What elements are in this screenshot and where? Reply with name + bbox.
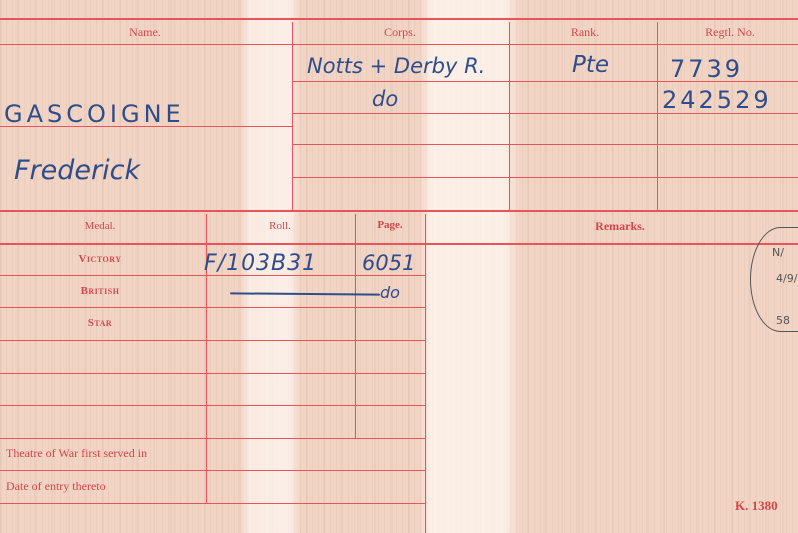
rule-medal-row-3: [0, 340, 425, 341]
forename-value: Frederick: [14, 155, 140, 186]
victory-page-value: 6051: [362, 251, 415, 275]
theatre-label: Theatre of War first served in: [6, 446, 147, 461]
name-header: Name.: [100, 25, 190, 40]
rule-medal-header: [0, 243, 798, 245]
regtl-no-value-1: 7739: [670, 55, 743, 83]
ditto-line: [230, 292, 380, 295]
medal-british-label: British: [50, 285, 150, 297]
rule-section-divider: [0, 210, 798, 212]
corps-value-1: Notts + Derby R.: [307, 54, 485, 78]
corps-value-2: do: [372, 87, 398, 111]
rule-medal-row-6: [0, 438, 425, 439]
surname-value: GASCOIGNE: [4, 100, 185, 128]
date-label: Date of entry thereto: [6, 479, 106, 494]
rule-col-remarks: [425, 214, 426, 533]
rule-medal-row-5: [0, 405, 425, 406]
page-header: Page.: [358, 219, 422, 231]
remarks-header: Remarks.: [560, 219, 680, 234]
medal-victory-label: Victory: [50, 253, 150, 265]
rule-col-regtl: [657, 22, 658, 210]
british-page-value: do: [380, 283, 400, 302]
remarks-annotation-2: 4/9/: [776, 272, 797, 285]
form-number: K. 1380: [735, 498, 778, 514]
rule-col-rank: [509, 22, 510, 210]
regtl-no-header: Regtl. No.: [680, 25, 780, 40]
rule-medal-row-4: [0, 373, 425, 374]
rule-medal-row-2: [0, 307, 425, 308]
rank-header: Rank.: [540, 25, 630, 40]
rule-col-corps: [292, 22, 293, 210]
rule-header-bottom: [0, 44, 798, 45]
rule-theatre: [0, 470, 425, 471]
rank-value: Pte: [572, 52, 609, 78]
corps-header: Corps.: [355, 25, 445, 40]
victory-roll-value: F/103B31: [204, 251, 317, 276]
medal-star-label: Star: [50, 317, 150, 329]
regtl-no-value-2: 242529: [662, 86, 772, 114]
rule-col-page: [355, 214, 356, 438]
rule-date: [0, 503, 425, 504]
medal-index-card: Name. Corps. Rank. Regtl. No. GASCOIGNE …: [0, 0, 798, 533]
rule-row-4: [292, 177, 798, 178]
remarks-annotation-1: N/: [772, 246, 784, 259]
roll-header: Roll.: [240, 220, 320, 232]
medal-header: Medal.: [50, 220, 150, 232]
rule-top: [0, 18, 798, 20]
rule-row-3: [292, 144, 798, 145]
remarks-annotation-3: 58: [776, 314, 790, 327]
